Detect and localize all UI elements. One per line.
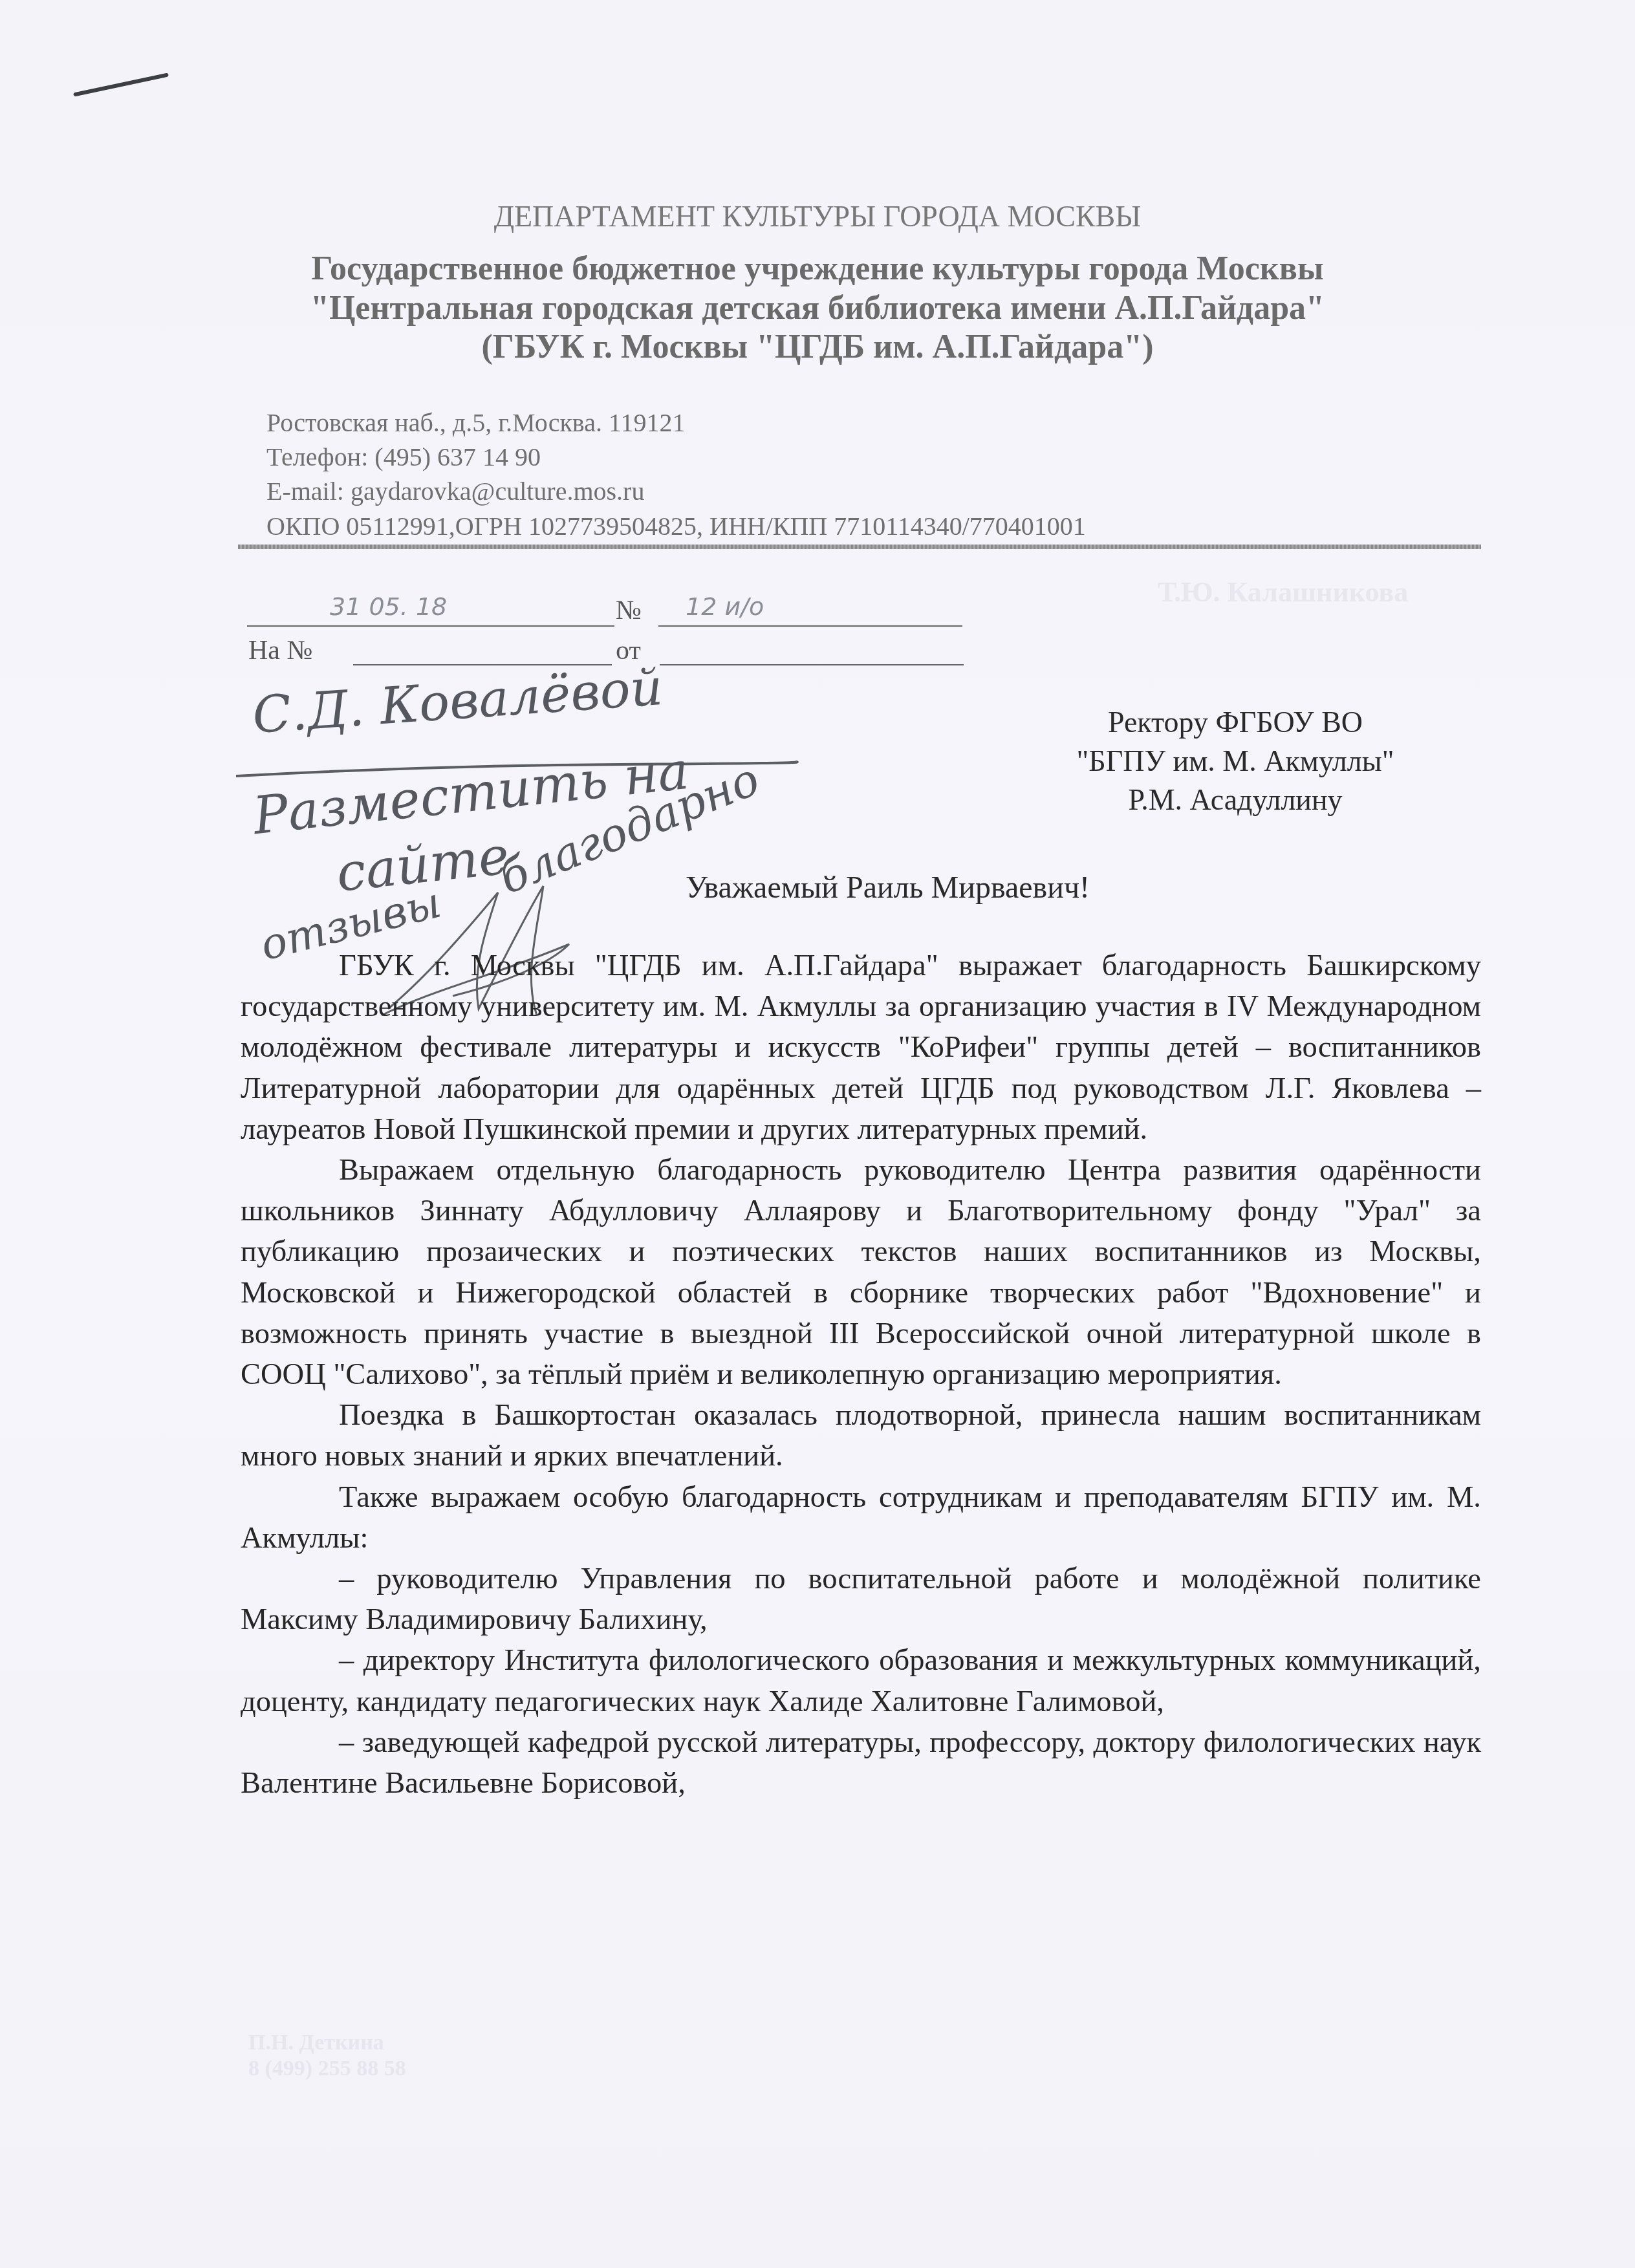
letterhead-divider <box>238 545 1481 549</box>
addressee-name: Р.М. Асадуллину <box>944 783 1526 817</box>
outgoing-number-line <box>658 625 962 627</box>
org-name-line3: (ГБУК г. Москвы "ЦГДБ им. А.П.Гайдара") <box>0 328 1635 366</box>
show-through-executor: П.Н. Деткина <box>248 2031 384 2055</box>
org-phone: Телефон: (495) 637 14 90 <box>266 442 541 472</box>
outgoing-number-label: № <box>616 595 642 626</box>
show-through-signer: Т.Ю. Калашникова <box>1158 576 1408 609</box>
scanned-letter-page: Т.Ю. Калашникова П.Н. Деткина 8 (499) 25… <box>0 0 1635 2268</box>
body-list-item: – руководителю Управления по воспитатель… <box>241 1559 1481 1640</box>
outgoing-date-handwritten: 31 05. 18 <box>330 592 447 621</box>
addressee-title: Ректору ФГБОУ ВО <box>944 705 1526 739</box>
org-name-line2: "Центральная городская детская библиотек… <box>0 289 1635 327</box>
department-heading: ДЕПАРТАМЕНТ КУЛЬТУРЫ ГОРОДА МОСКВЫ <box>0 199 1635 233</box>
org-name-line1: Государственное бюджетное учреждение кул… <box>0 250 1635 288</box>
body-paragraph: ГБУК г. Москвы "ЦГДБ им. А.П.Гайдара" вы… <box>241 945 1481 1150</box>
show-through-executor-phone: 8 (499) 255 88 58 <box>248 2057 406 2081</box>
org-email: E-mail: gaydarovka@culture.mos.ru <box>266 476 644 506</box>
reference-date-line <box>660 664 964 665</box>
org-address: Ростовская наб., д.5, г.Москва. 119121 <box>266 407 685 438</box>
body-list-item: – директору Института филологического об… <box>241 1640 1481 1722</box>
outgoing-date-line <box>247 625 614 627</box>
salutation: Уважаемый Раиль Мирваевич! <box>686 870 1090 905</box>
addressee-institution: "БГПУ им. М. Акмуллы" <box>944 744 1526 778</box>
org-codes: ОКПО 05112991,ОГРН 1027739504825, ИНН/КП… <box>266 511 1086 541</box>
resolution-line1: С.Д. Ковалёвой <box>251 658 665 745</box>
reference-number-label: На № <box>248 635 313 666</box>
outgoing-number-handwritten: 12 и/о <box>686 592 764 621</box>
pen-mark <box>73 72 169 96</box>
body-list-item: – заведующей кафедрой русской литературы… <box>241 1722 1481 1804</box>
body-paragraph: Также выражаем особую благодарность сотр… <box>241 1477 1481 1559</box>
body-paragraph: Поездка в Башкортостан оказалась плодотв… <box>241 1395 1481 1476</box>
letter-body: ГБУК г. Москвы "ЦГДБ им. А.П.Гайдара" вы… <box>241 945 1481 1804</box>
body-paragraph: Выражаем отдельную благодарность руковод… <box>241 1150 1481 1395</box>
